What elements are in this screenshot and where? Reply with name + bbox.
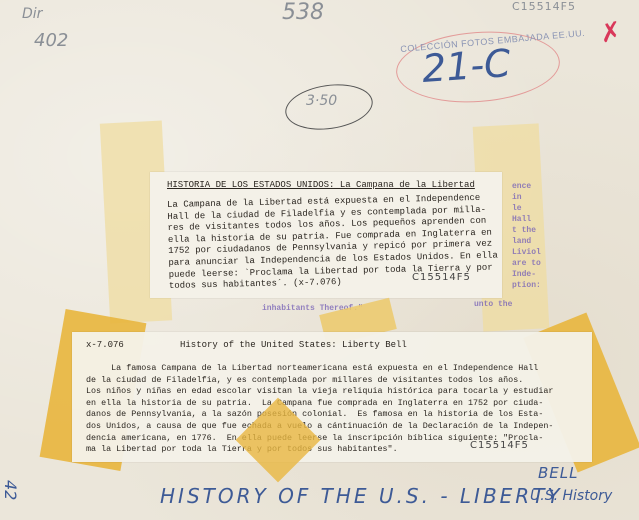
catalog-code-spanish: C15514F5	[412, 272, 471, 283]
bleed-through-fragment: in	[512, 193, 522, 202]
english-caption-line: dos Unidos, a causa de que fue echada a …	[86, 421, 553, 433]
catalog-code-english: C15514F5	[470, 440, 529, 451]
english-caption-slip: x-7.076 History of the United States: Li…	[72, 332, 592, 462]
bleed-through-text-right: unto the	[474, 300, 512, 309]
bleed-through-fragment: are to	[512, 259, 541, 268]
photo-back: Dir 402 538 C15514F5 ✗ COLECCIÓN FOTOS E…	[0, 0, 639, 520]
pencil-note-402: 402	[34, 30, 68, 51]
spanish-caption-slip: HISTORIA DE LOS ESTADOS UNIDOS: La Campa…	[150, 172, 502, 298]
english-caption-line: en ella la historia de su patria. La Cam…	[86, 398, 553, 410]
handwritten-us-history: U.S. History	[530, 488, 612, 504]
bleed-through-fragment: Liviol	[512, 248, 541, 257]
pencil-note-dir: Dir	[22, 6, 42, 22]
spanish-caption-title: HISTORIA DE LOS ESTADOS UNIDOS: La Campa…	[167, 180, 475, 190]
reference-number: x-7.076	[86, 340, 124, 350]
collection-number: 21-C	[421, 41, 512, 91]
bleed-through-fragment: ence	[512, 182, 531, 191]
english-caption-line: La famosa Campana de la Libertad norteam…	[86, 363, 553, 375]
bleed-through-fragment: Inde-	[512, 270, 536, 279]
vertical-pencil-note: 42	[1, 480, 20, 500]
bleed-through-fragment: land	[512, 237, 531, 246]
red-x-mark: ✗	[598, 16, 625, 49]
pencil-number-538: 538	[282, 0, 324, 25]
bleed-through-fragment: le	[512, 204, 522, 213]
handwritten-bell: BELL	[538, 464, 578, 482]
english-caption-line: de la ciudad de Filadelfia, y es contemp…	[86, 375, 553, 387]
english-caption-title: History of the United States: Liberty Be…	[180, 340, 407, 350]
english-caption-line: Los niños y niñas en edad escolar visita…	[86, 386, 553, 398]
english-caption-line: danos de Pennsylvania, a la sazón posesi…	[86, 409, 553, 421]
handwritten-caption: HISTORY OF THE U.S. - LIBERTY	[160, 484, 563, 508]
circled-number: 3·50	[306, 93, 337, 109]
bleed-through-fragment: Hall	[512, 215, 531, 224]
catalog-code-top: C15514F5	[512, 0, 576, 13]
bleed-through-fragment: ption:	[512, 281, 541, 290]
bleed-through-fragment: t the	[512, 226, 536, 235]
